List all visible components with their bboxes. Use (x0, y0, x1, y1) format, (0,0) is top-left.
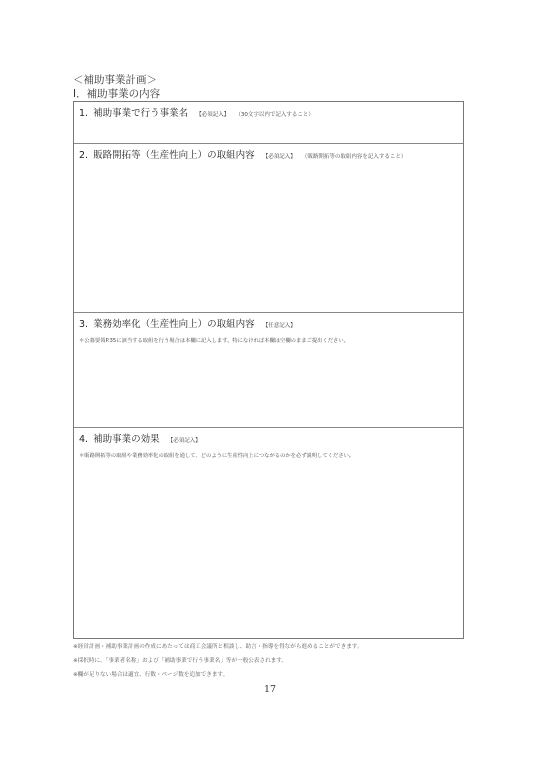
row-number: 2. (79, 150, 88, 161)
row-number: 1. (79, 108, 88, 119)
required-tag: 【必須記入】 (196, 112, 229, 118)
row-efficiency[interactable]: 3. 業務効率化（生産性向上）の取組内容 【任意記入】 ＊公募要領P.35に該当… (74, 313, 463, 428)
section-title: Ⅰ．補助事業の内容 (73, 86, 160, 101)
footnote: ※欄が足りない場合は適宜、行数・ページ数を追加できます。 (73, 670, 228, 678)
page-number: 17 (0, 684, 540, 695)
row-instruction: ＊公募要領P.35に該当する取組を行う場合は本欄に記入します。特になければ本欄は… (74, 333, 463, 344)
optional-tag: 【任意記入】 (263, 323, 296, 329)
row-note: （30文字以内で記入すること） (235, 112, 314, 118)
plan-title: ＜補助事業計画＞ (73, 72, 157, 87)
required-tag: 【必須記入】 (168, 438, 201, 444)
row-note: （販路開拓等の取組内容を記入すること） (302, 154, 407, 160)
footnote: ※採択時に、「事業者名称」および「補助事業で行う事業名」等が一般公表されます。 (73, 656, 287, 664)
form-table: 1. 補助事業で行う事業名 【必須記入】 （30文字以内で記入すること） 2. … (73, 101, 464, 639)
row-title: 補助事業の効果 (93, 434, 160, 445)
row-sales-channel[interactable]: 2. 販路開拓等（生産性向上）の取組内容 【必須記入】 （販路開拓等の取組内容を… (74, 144, 463, 313)
row-title: 補助事業で行う事業名 (93, 108, 188, 119)
required-tag: 【必須記入】 (263, 154, 296, 160)
row-effect[interactable]: 4. 補助事業の効果 【必須記入】 ＊販路開拓等の取組や業務効率化の取組を通して… (74, 428, 463, 638)
row-title: 販路開拓等（生産性向上）の取組内容 (93, 150, 255, 161)
row-business-name[interactable]: 1. 補助事業で行う事業名 【必須記入】 （30文字以内で記入すること） (74, 102, 463, 144)
row-number: 3. (79, 319, 88, 330)
footnote: ※経営計画・補助事業計画の作成にあたっては商工会議所と相談し、助言・指導を得なが… (73, 642, 363, 650)
row-number: 4. (79, 434, 88, 445)
row-instruction: ＊販路開拓等の取組や業務効率化の取組を通して、どのように生産性向上につながるのか… (74, 448, 463, 459)
row-title: 業務効率化（生産性向上）の取組内容 (93, 319, 255, 330)
